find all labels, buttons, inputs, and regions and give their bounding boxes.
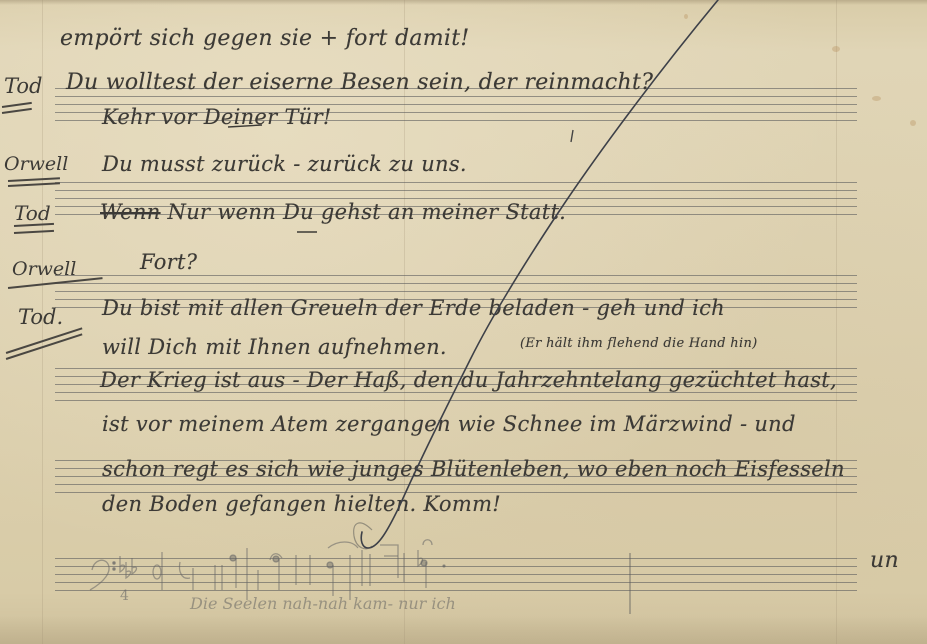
manuscript-page: Tod Orwell Tod Orwell Tod. empört sich g… (0, 0, 927, 644)
pencil-marks-overlay: 4 (0, 0, 927, 644)
pencil-music-notation: 4 (90, 540, 630, 614)
svg-text:4: 4 (120, 588, 129, 604)
ink-tick (571, 130, 573, 142)
underline-deiner (228, 125, 262, 127)
diagonal-strike-curve (361, 0, 718, 548)
